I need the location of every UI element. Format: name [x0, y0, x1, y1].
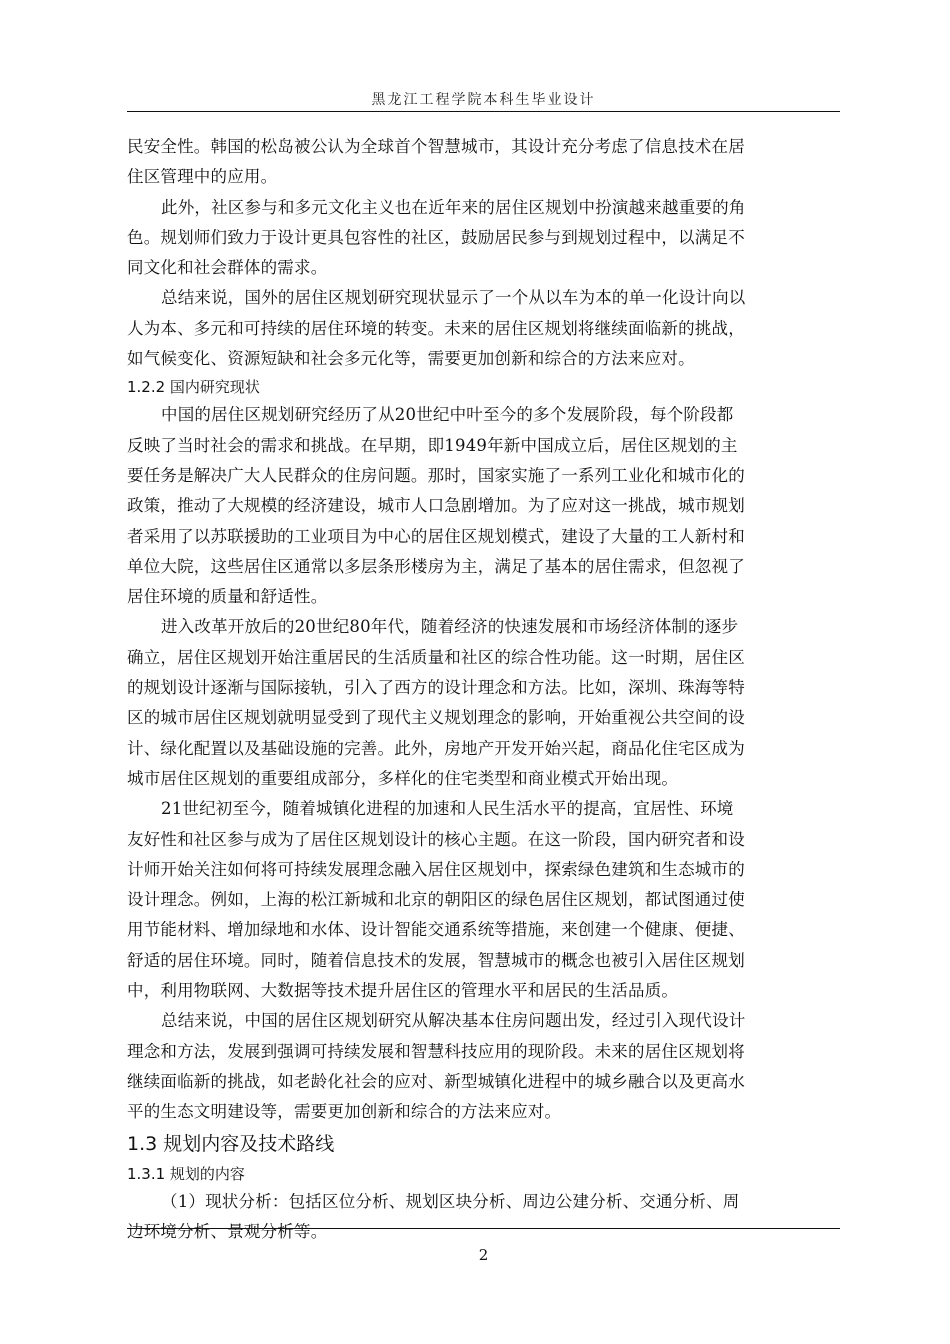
paragraph-line: 用节能材料、增加绿地和水体、设计智能交通系统等措施，来创建一个健康、便捷、	[127, 915, 840, 945]
paragraph-line: 边环境分析、景观分析等。	[127, 1217, 840, 1247]
paragraph-line: 住区管理中的应用。	[127, 162, 840, 192]
paragraph-line: 舒适的居住环境。同时，随着信息技术的发展，智慧城市的概念也被引入居住区规划	[127, 946, 840, 976]
paragraph-line: 人为本、多元和可持续的居住环境的转变。未来的居住区规划将继续面临新的挑战，	[127, 314, 840, 344]
document-page: 黑龙江工程学院本科生毕业设计 民安全性。韩国的松岛被公认为全球首个智慧城市，其设…	[0, 0, 950, 1344]
header-divider	[127, 111, 840, 112]
paragraph-line: 计师开始关注如何将可持续发展理念融入居住区规划中，探索绿色建筑和生态城市的	[127, 855, 840, 885]
paragraph-line: 色。规划师们致力于设计更具包容性的社区，鼓励居民参与到规划过程中，以满足不	[127, 223, 840, 253]
paragraph-line: 继续面临新的挑战，如老龄化社会的应对、新型城镇化进程中的城乡融合以及更高水	[127, 1067, 840, 1097]
paragraph-line: 的规划设计逐渐与国际接轨，引入了西方的设计理念和方法。比如，深圳、珠海等特	[127, 673, 840, 703]
paragraph-first-line: 21世纪初至今，随着城镇化进程的加速和人民生活水平的提高，宜居性、环境	[127, 794, 840, 824]
paragraph-line: 者采用了以苏联援助的工业项目为中心的居住区规划模式，建设了大量的工人新村和	[127, 522, 840, 552]
subsection-heading: 1.3.1 规划的内容	[127, 1161, 840, 1187]
paragraph-first-line: 进入改革开放后的20世纪80年代，随着经济的快速发展和市场经济体制的逐步	[127, 612, 840, 642]
paragraph-line: 平的生态文明建设等，需要更加创新和综合的方法来应对。	[127, 1097, 840, 1127]
running-header: 黑龙江工程学院本科生毕业设计	[127, 89, 840, 109]
paragraph-line: 居住环境的质量和舒适性。	[127, 582, 840, 612]
paragraph-first-line: 总结来说，中国的居住区规划研究从解决基本住房问题出发，经过引入现代设计	[127, 1006, 840, 1036]
paragraph-first-line: 总结来说，国外的居住区规划研究现状显示了一个从以车为本的单一化设计向以	[127, 283, 840, 313]
paragraph-line: 友好性和社区参与成为了居住区规划设计的核心主题。在这一阶段，国内研究者和设	[127, 825, 840, 855]
paragraph-line: 反映了当时社会的需求和挑战。在早期，即1949年新中国成立后，居住区规划的主	[127, 431, 840, 461]
section-heading: 1.3 规划内容及技术路线	[127, 1128, 840, 1161]
paragraph-line: 理念和方法，发展到强调可持续发展和智慧科技应用的现阶段。未来的居住区规划将	[127, 1037, 840, 1067]
paragraph-line: 城市居住区规划的重要组成部分，多样化的住宅类型和商业模式开始出现。	[127, 764, 840, 794]
paragraph-line: 政策，推动了大规模的经济建设，城市人口急剧增加。为了应对这一挑战，城市规划	[127, 491, 840, 521]
subsection-heading: 1.2.2 国内研究现状	[127, 374, 840, 400]
paragraph-line: 中，利用物联网、大数据等技术提升居住区的管理水平和居民的生活品质。	[127, 976, 840, 1006]
body-text: 民安全性。韩国的松岛被公认为全球首个智慧城市，其设计充分考虑了信息技术在居住区管…	[127, 132, 840, 1247]
paragraph-line: 区的城市居住区规划就明显受到了现代主义规划理念的影响，开始重视公共空间的设	[127, 703, 840, 733]
paragraph-line: 设计理念。例如，上海的松江新城和北京的朝阳区的绿色居住区规划，都试图通过使	[127, 885, 840, 915]
paragraph-line: 计、绿化配置以及基础设施的完善。此外，房地产开发开始兴起，商品化住宅区成为	[127, 734, 840, 764]
paragraph-first-line: 此外，社区参与和多元文化主义也在近年来的居住区规划中扮演越来越重要的角	[127, 193, 840, 223]
paragraph-first-line: 中国的居住区规划研究经历了从20世纪中叶至今的多个发展阶段，每个阶段都	[127, 400, 840, 430]
paragraph-line: 要任务是解决广大人民群众的住房问题。那时，国家实施了一系列工业化和城市化的	[127, 461, 840, 491]
paragraph-line: 单位大院，这些居住区通常以多层条形楼房为主，满足了基本的居住需求，但忽视了	[127, 552, 840, 582]
paragraph-line: 民安全性。韩国的松岛被公认为全球首个智慧城市，其设计充分考虑了信息技术在居	[127, 132, 840, 162]
paragraph-first-line: （1）现状分析：包括区位分析、规划区块分析、周边公建分析、交通分析、周	[127, 1187, 840, 1217]
paragraph-line: 如气候变化、资源短缺和社会多元化等，需要更加创新和综合的方法来应对。	[127, 344, 840, 374]
paragraph-line: 确立，居住区规划开始注重居民的生活质量和社区的综合性功能。这一时期，居住区	[127, 643, 840, 673]
page-number: 2	[127, 1246, 840, 1264]
footer-divider	[127, 1228, 840, 1229]
paragraph-line: 同文化和社会群体的需求。	[127, 253, 840, 283]
